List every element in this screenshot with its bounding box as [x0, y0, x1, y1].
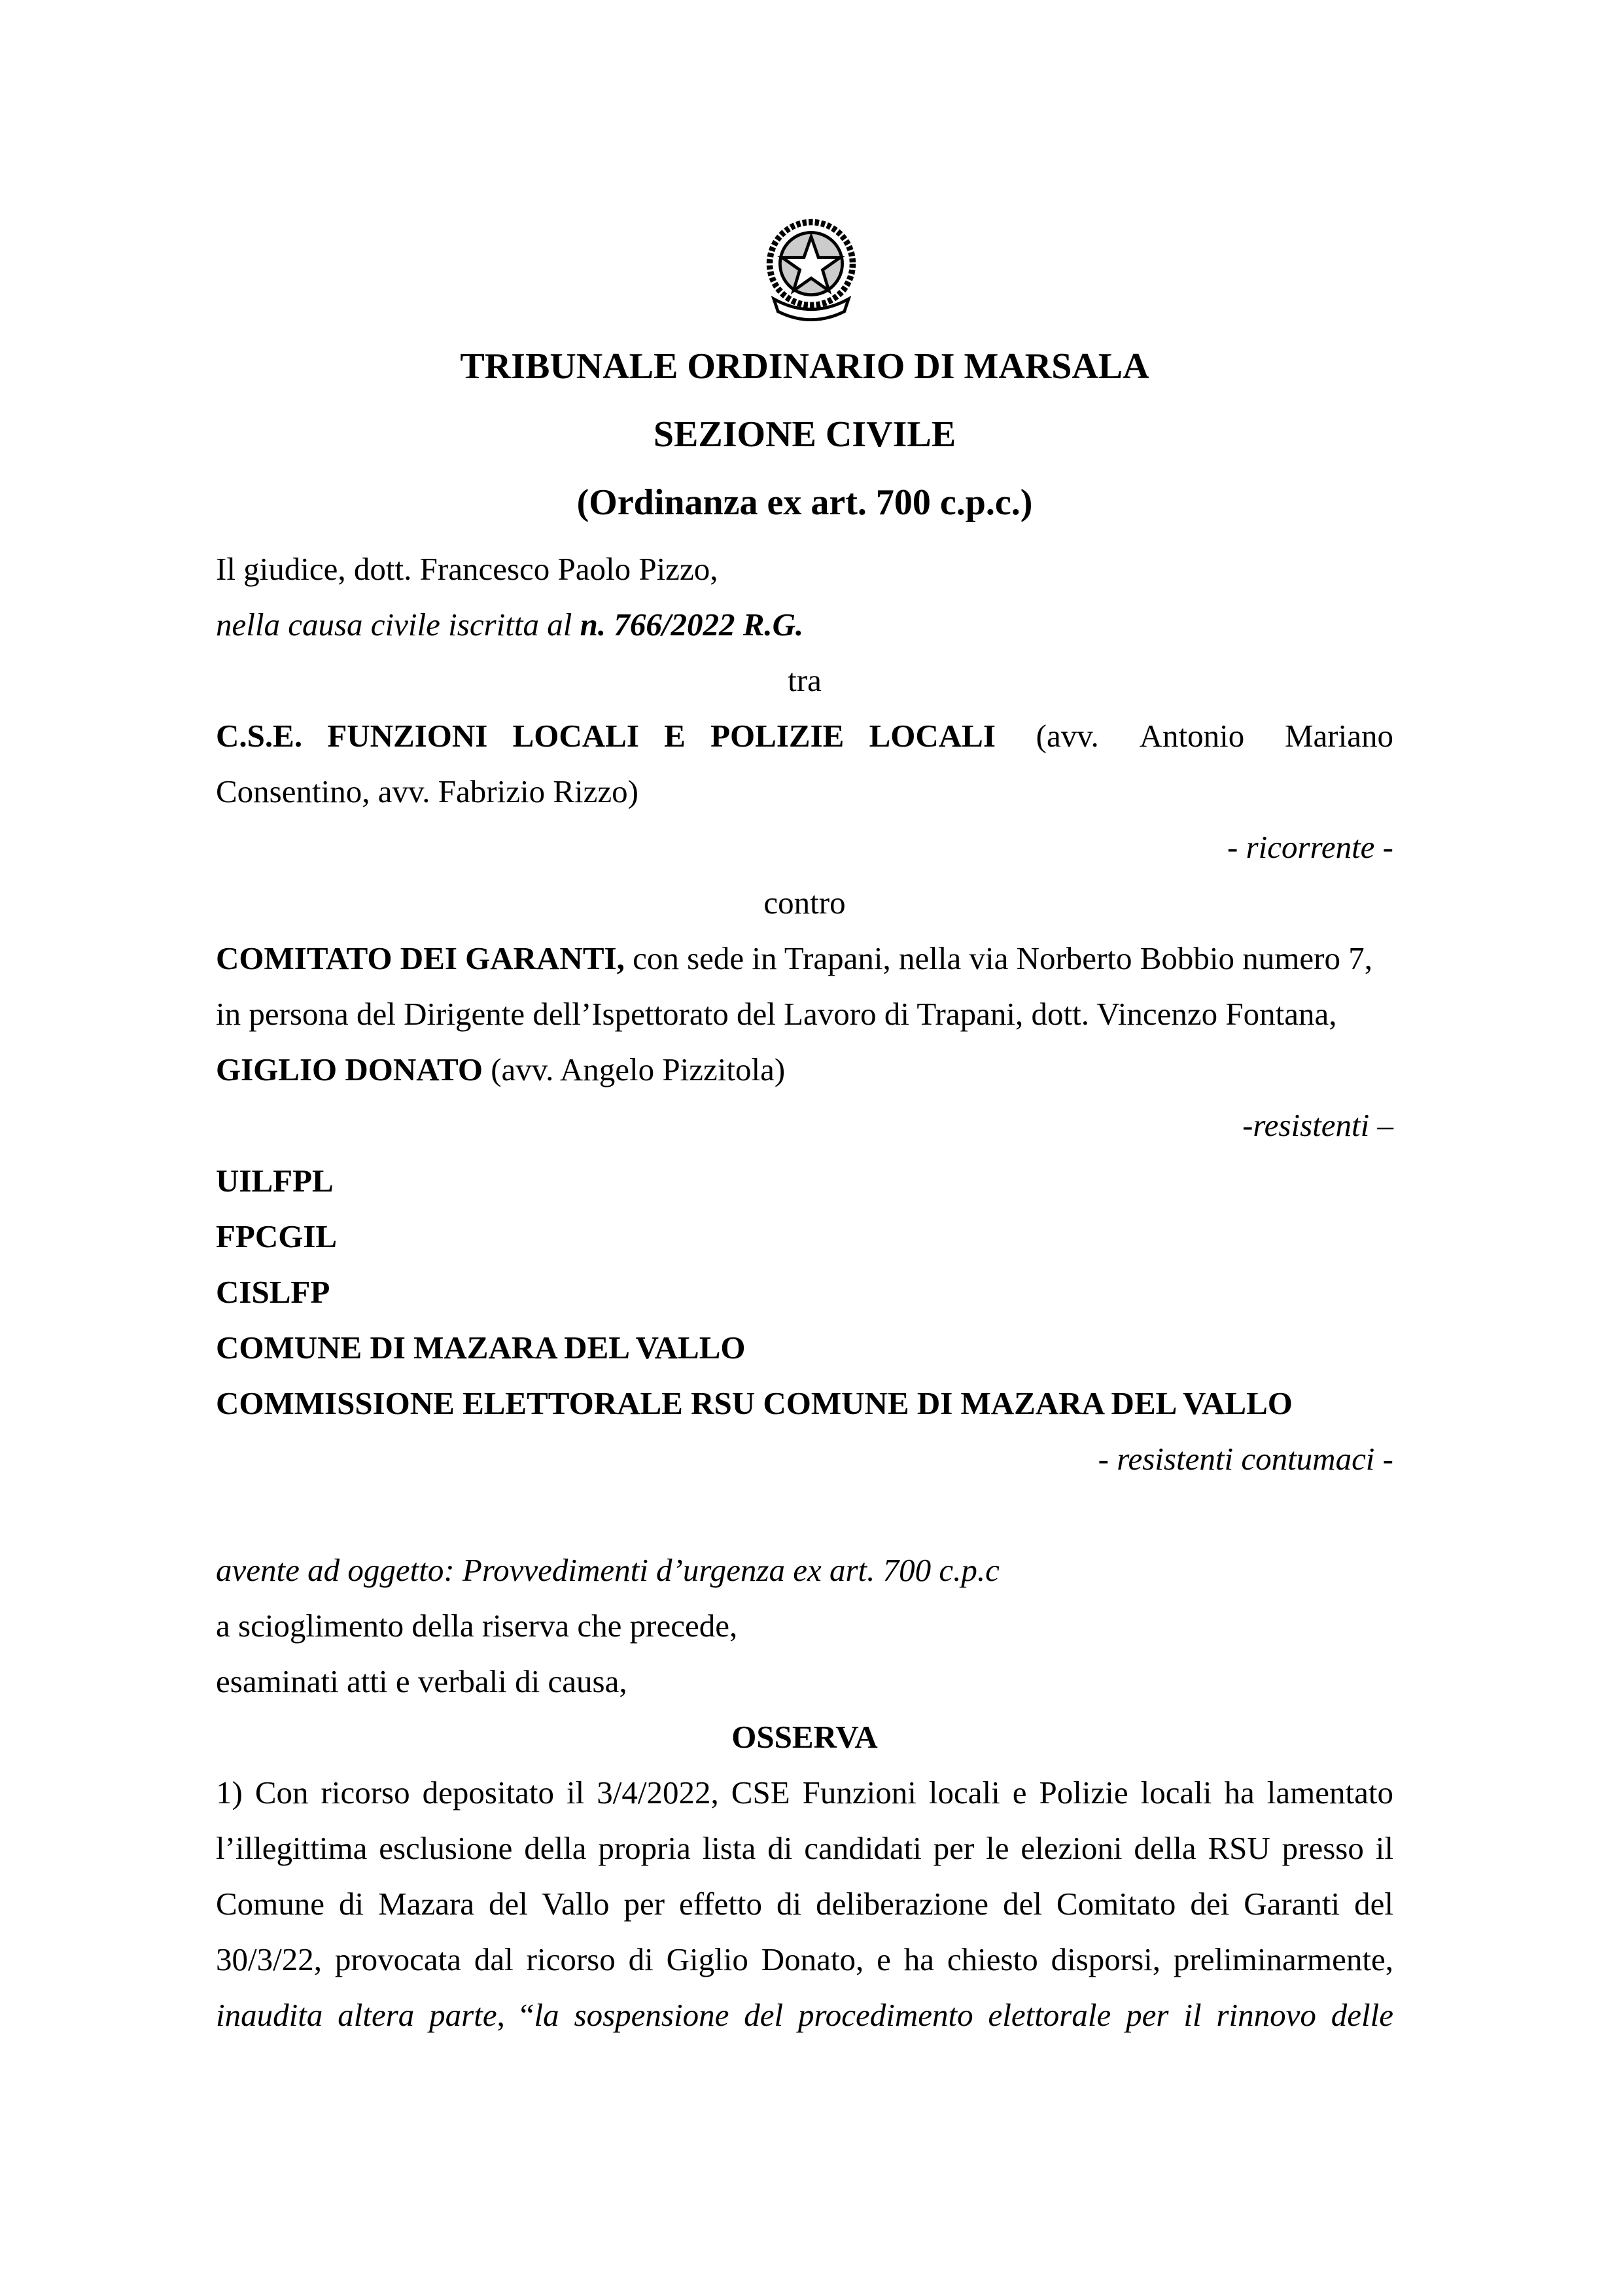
section-title: SEZIONE CIVILE [216, 415, 1393, 454]
quote-separator: , “ [497, 1997, 534, 2033]
case-line: nella causa civile iscritta al n. 766/20… [216, 605, 1393, 645]
body-line-last: inaudita altera parte, “la sospensione d… [216, 1996, 1393, 2035]
quoted-request: la sospensione del procedimento elettora… [534, 1997, 1394, 2033]
applicant-role: - ricorrente - [216, 828, 1393, 867]
applicant-counsel-a: (avv. [1036, 716, 1099, 756]
respondent-person-name: GIGLIO DONATO [216, 1051, 483, 1087]
applicant-line: C.S.E. FUNZIONI LOCALI E POLIZIE LOCALI … [216, 716, 1393, 756]
defaulting-party: CISLFP [216, 1273, 1393, 1312]
document-page: TRIBUNALE ORDINARIO DI MARSALA SEZIONE C… [0, 0, 1623, 2296]
judge-line: Il giudice, dott. Francesco Paolo Pizzo, [216, 550, 1393, 589]
subject-line3: esaminati atti e verbali di causa, [216, 1662, 1393, 1701]
applicant-counsel-c: Mariano [1285, 716, 1393, 756]
applicant-counsel-line2: Consentino, avv. Fabrizio Rizzo) [216, 772, 1393, 811]
latin-phrase: inaudita altera parte [216, 1997, 497, 2033]
case-number: n. 766/2022 R.G. [580, 607, 804, 643]
respondent-person-line: GIGLIO DONATO (avv. Angelo Pizzitola) [216, 1050, 1393, 1089]
defaulting-role: - resistenti contumaci - [216, 1439, 1393, 1479]
defaulting-party: COMUNE DI MAZARA DEL VALLO [216, 1328, 1393, 1368]
committee-line2: in persona del Dirigente dell’Ispettorat… [216, 995, 1393, 1034]
applicant-counsel-b: Antonio [1140, 716, 1245, 756]
respondents-role: -resistenti – [216, 1106, 1393, 1145]
defaulting-party: UILFPL [216, 1161, 1393, 1201]
committee-name: COMITATO DEI GARANTI, [216, 940, 625, 976]
subject-line: avente ad oggetto: Provvedimenti d’urgen… [216, 1551, 1393, 1590]
defaulting-party: FPCGIL [216, 1217, 1393, 1256]
between-label: tra [216, 661, 1393, 700]
court-title: TRIBUNALE ORDINARIO DI MARSALA [216, 347, 1393, 386]
against-label: contro [216, 883, 1393, 923]
body-line: l’illegittima esclusione della propria l… [216, 1829, 1393, 1868]
observe-heading: OSSERVA [216, 1718, 1393, 1757]
italian-republic-emblem-icon [759, 216, 864, 324]
defaulting-party: COMMISSIONE ELETTORALE RSU COMUNE DI MAZ… [216, 1384, 1393, 1423]
body-line: 1) Con ricorso depositato il 3/4/2022, C… [216, 1773, 1393, 1812]
respondent-person-counsel: (avv. Angelo Pizzitola) [483, 1051, 785, 1087]
document-type: (Ordinanza ex art. 700 c.p.c.) [216, 483, 1393, 522]
committee-address: con sede in Trapani, nella via Norberto … [625, 940, 1372, 976]
applicant-name: C.S.E. FUNZIONI LOCALI E POLIZIE LOCALI [216, 716, 996, 756]
committee-line: COMITATO DEI GARANTI, con sede in Trapan… [216, 939, 1393, 978]
body-line: Comune di Mazara del Vallo per effetto d… [216, 1884, 1393, 1924]
case-prefix: nella causa civile iscritta al [216, 607, 580, 643]
subject-line2: a scioglimento della riserva che precede… [216, 1606, 1393, 1646]
body-line: 30/3/22, provocata dal ricorso di Giglio… [216, 1940, 1393, 1979]
